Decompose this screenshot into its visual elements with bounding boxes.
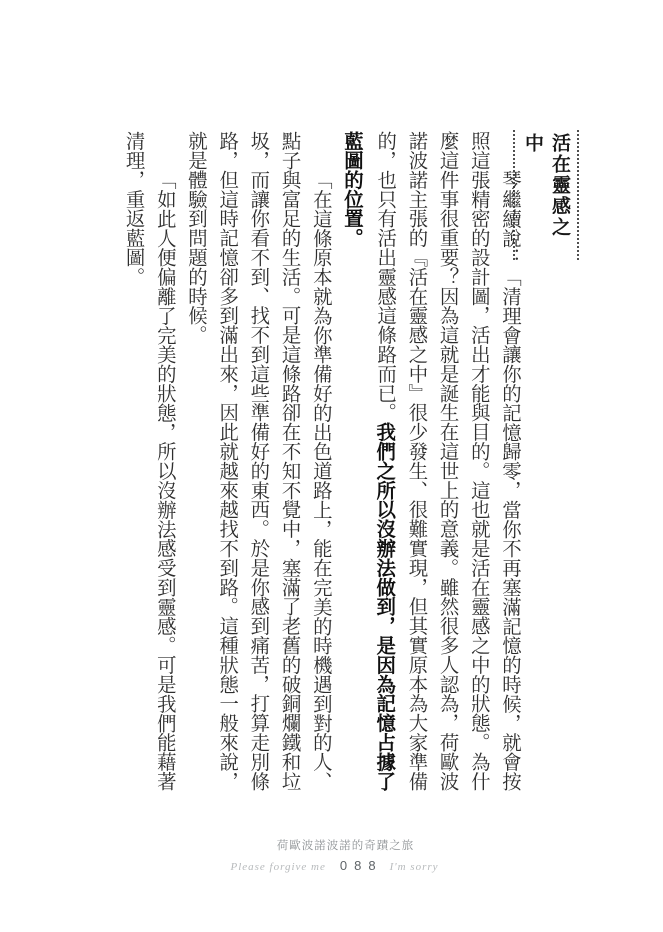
body-text: 琴繼續說：「清理會讓你的記憶歸零，當你不再塞滿記憶的時候，就會按照這張精密的設計… [119, 131, 525, 792]
paragraph: 琴繼續說：「清理會讓你的記憶歸零，當你不再塞滿記憶的時候，就會按照這張精密的設計… [336, 131, 525, 792]
paragraph-segment: 「如此人便偏離了完美的狀態，所以沒辦法感受到靈感。可是我們能藉著清理，重返藍圖。 [123, 131, 175, 791]
paragraph: 「在這條原本就為你準備好的出色道路上，能在完美的時機遇到對的人、點子與富足的生活… [180, 131, 336, 792]
footer-right-phrase: I'm sorry [390, 861, 439, 873]
paragraph-segment: 「在這條原本就為你準備好的出色道路上，能在完美的時機遇到對的人、點子與富足的生活… [185, 131, 331, 791]
footer-meta: Please forgive me 088 I'm sorry [3, 858, 663, 873]
chapter-title-text: 活在靈感之中 [519, 133, 573, 257]
book-page: 活在靈感之中 琴繼續說：「清理會讓你的記憶歸零，當你不再塞滿記憶的時候，就會按照… [0, 0, 663, 932]
footer-page-number: 088 [340, 858, 383, 873]
paragraph: 「如此人便偏離了完美的狀態，所以沒辦法感受到靈感。可是我們能藉著清理，重返藍圖。 [117, 131, 179, 792]
paragraph-segment: 琴繼續說：「清理會讓你的記憶歸零，當你不再塞滿記憶的時候，就會按照這張精密的設計… [374, 131, 520, 791]
footer-left-phrase: Please forgive me [230, 861, 325, 873]
footer-book-title: 荷歐波諾波諾的奇蹟之旅 [14, 837, 663, 853]
